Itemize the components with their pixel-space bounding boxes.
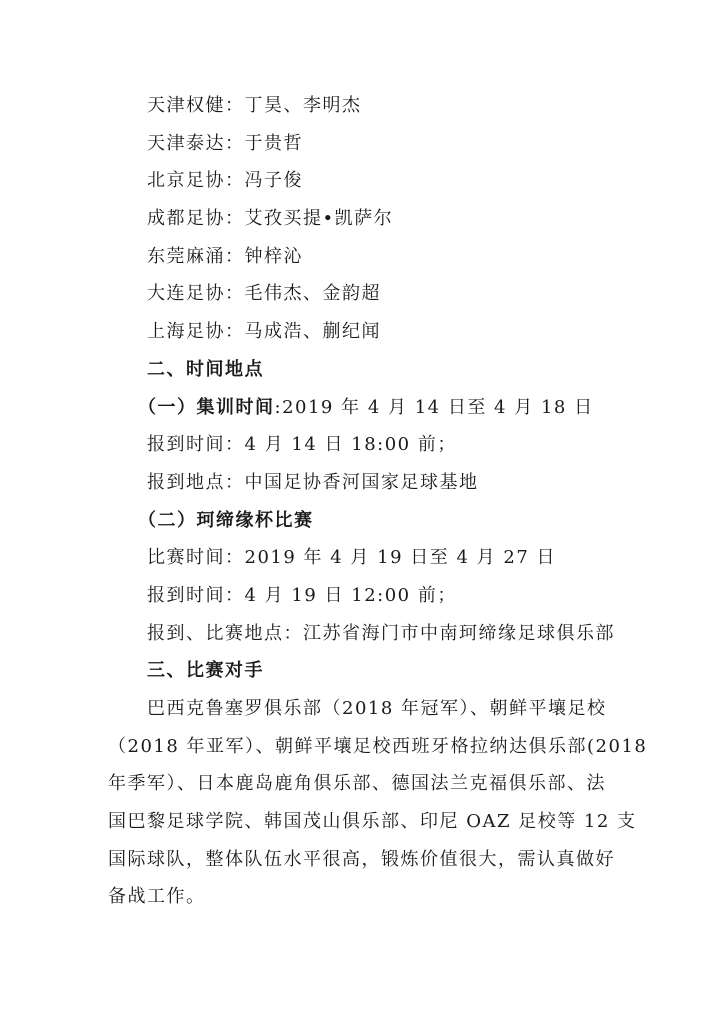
roster-team: 成都足协： (147, 208, 245, 229)
roster-line: 天津泰达：于贵哲 (108, 125, 612, 163)
roster-team: 大连足协： (147, 283, 245, 304)
roster-players: 毛伟杰、金韵超 (245, 283, 382, 304)
paragraph-line: 巴西克鲁塞罗俱乐部（2018 年冠军）、朝鲜平壤足校 (108, 690, 612, 728)
roster-line: 北京足协：冯子俊 (108, 162, 612, 200)
training-report-time: 报到时间：4 月 14 日 18:00 前； (108, 426, 612, 464)
paragraph-line: 国际球队，整体队伍水平很高，锻炼价值很大，需认真做好 (108, 841, 612, 879)
roster-team: 天津泰达： (147, 133, 245, 154)
roster-players: 冯子俊 (245, 170, 304, 191)
match-report-place: 报到、比赛地点：江苏省海门市中南珂缔缘足球俱乐部 (108, 615, 612, 653)
section-heading-time-place: 二、时间地点 (108, 351, 612, 389)
roster-line: 天津权健：丁昊、李明杰 (108, 87, 612, 125)
document-content: 天津权健：丁昊、李明杰 天津泰达：于贵哲 北京足协：冯子俊 成都足协：艾孜买提•… (108, 87, 612, 916)
roster-players: 艾孜买提•凯萨尔 (245, 208, 394, 229)
match-time: 比赛时间：2019 年 4 月 19 日至 4 月 27 日 (108, 539, 612, 577)
opponents-paragraph: 巴西克鲁塞罗俱乐部（2018 年冠军）、朝鲜平壤足校 （2018 年亚军）、朝鲜… (108, 690, 612, 916)
roster-players: 于贵哲 (245, 133, 304, 154)
cup-match-heading: （二）珂缔缘杯比赛 (108, 502, 612, 540)
roster-team: 东莞麻涌： (147, 246, 245, 267)
roster-team: 上海足协： (147, 321, 245, 342)
training-time-value: :2019 年 4 月 14 日至 4 月 18 日 (275, 397, 594, 418)
section-heading-opponents: 三、比赛对手 (108, 652, 612, 690)
roster-line: 成都足协：艾孜买提•凯萨尔 (108, 200, 612, 238)
roster-team: 北京足协： (147, 170, 245, 191)
roster-line: 东莞麻涌：钟梓沁 (108, 238, 612, 276)
paragraph-line: 国巴黎足球学院、韩国茂山俱乐部、印尼 OAZ 足校等 12 支 (108, 803, 612, 841)
roster-team: 天津权健： (147, 95, 245, 116)
paragraph-line: （2018 年亚军）、朝鲜平壤足校西班牙格拉纳达俱乐部(2018 (108, 728, 612, 766)
roster-line: 大连足协：毛伟杰、金韵超 (108, 275, 612, 313)
training-report-place: 报到地点：中国足协香河国家足球基地 (108, 464, 612, 502)
training-time-label: （一）集训时间 (138, 397, 275, 418)
roster-line: 上海足协：马成浩、蒯纪闻 (108, 313, 612, 351)
match-report-time: 报到时间：4 月 19 日 12:00 前； (108, 577, 612, 615)
roster-players: 马成浩、蒯纪闻 (245, 321, 382, 342)
training-time-line: （一）集训时间:2019 年 4 月 14 日至 4 月 18 日 (108, 389, 612, 427)
roster-players: 丁昊、李明杰 (245, 95, 362, 116)
roster-players: 钟梓沁 (245, 246, 304, 267)
paragraph-line: 备战工作。 (108, 878, 612, 916)
paragraph-line: 年季军）、日本鹿岛鹿角俱乐部、德国法兰克福俱乐部、法 (108, 765, 612, 803)
document-page: 天津权健：丁昊、李明杰 天津泰达：于贵哲 北京足协：冯子俊 成都足协：艾孜买提•… (0, 0, 720, 1018)
